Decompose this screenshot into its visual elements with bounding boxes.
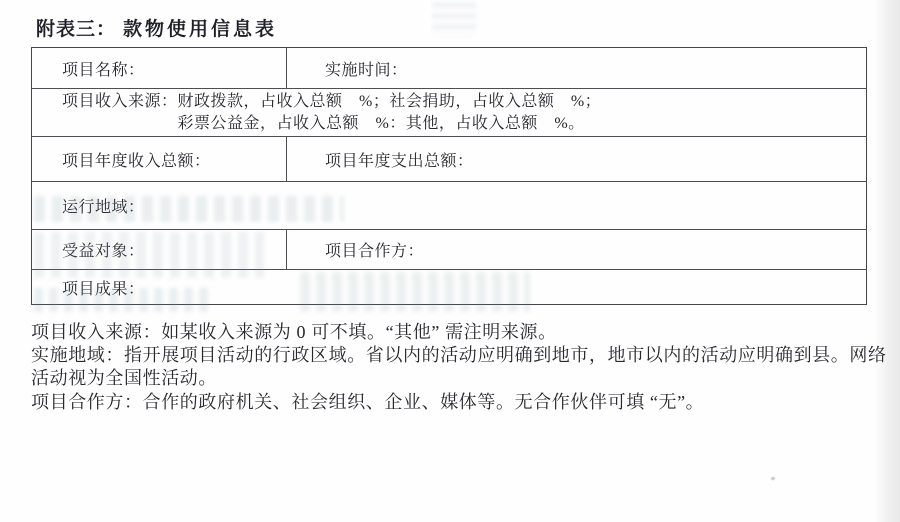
implementation-time-label: 实施时间：: [325, 57, 408, 80]
footnote-income-source: 项目收入来源：如某收入来源为 0 可不填。“其他” 需注明来源。: [31, 321, 881, 344]
cell-project-partner: 项目合作方：: [287, 230, 866, 269]
beneficiaries-label: 受益对象：: [62, 238, 145, 261]
income-source-line1: 财政拨款，占收入总额 %；社会捐助，占收入总额 %；: [178, 91, 602, 113]
table-row-annual-totals: 项目年度收入总额： 项目年度支出总额：: [32, 136, 866, 181]
cell-annual-expense: 项目年度支出总额：: [287, 137, 866, 181]
scan-edge-shadow: [874, 0, 900, 522]
income-source-label: 项目收入来源：: [62, 91, 178, 113]
table-row-project-results: 项目成果：: [32, 269, 866, 304]
cell-beneficiaries: 受益对象：: [32, 230, 287, 269]
cell-project-name: 项目名称：: [32, 48, 287, 88]
title-prefix: 附表三：: [36, 19, 116, 40]
cell-income-source: 项目收入来源： 财政拨款，占收入总额 %；社会捐助，占收入总额 %； 彩票公益金…: [32, 89, 866, 136]
table-row-beneficiaries: 受益对象： 项目合作方：: [32, 229, 866, 269]
table-row-operating-region: 运行地域：: [32, 181, 866, 229]
income-source-line2: 彩票公益金，占收入总额 %：其他，占收入总额 %。: [178, 113, 602, 135]
footnote-region-part2: 活动视为全国性活动。: [31, 367, 881, 390]
annual-expense-label: 项目年度支出总额：: [325, 148, 474, 171]
project-name-label: 项目名称：: [62, 57, 145, 80]
cell-project-results: 项目成果：: [32, 270, 866, 304]
cell-annual-income: 项目年度收入总额：: [32, 137, 287, 181]
bleed-through-artifact: [432, 2, 476, 36]
table-row-income-source: 项目收入来源： 财政拨款，占收入总额 %；社会捐助，占收入总额 %； 彩票公益金…: [32, 88, 866, 136]
cell-operating-region: 运行地域：: [32, 182, 866, 229]
footnotes: 项目收入来源：如某收入来源为 0 可不填。“其他” 需注明来源。 实施地域：指开…: [31, 321, 881, 414]
project-results-label: 项目成果：: [62, 276, 145, 299]
project-partner-label: 项目合作方：: [325, 238, 424, 261]
title-text: 款物使用信息表: [123, 19, 277, 40]
document-title: 附表三：款物使用信息表: [36, 14, 277, 41]
annual-income-label: 项目年度收入总额：: [62, 148, 211, 171]
document-page: 附表三：款物使用信息表 项目名称： 实施时间： 项目收入来源： 财政拨款，占收入…: [0, 0, 900, 522]
cell-implementation-time: 实施时间：: [287, 48, 866, 88]
info-table: 项目名称： 实施时间： 项目收入来源： 财政拨款，占收入总额 %；社会捐助，占收…: [31, 47, 867, 305]
operating-region-label: 运行地域：: [62, 194, 145, 217]
scan-speck-artifact: [771, 477, 775, 480]
footnote-partner: 项目合作方：合作的政府机关、社会组织、企业、媒体等。无合作伙伴可填 “无”。: [31, 391, 881, 414]
footnote-region-part1: 实施地域：指开展项目活动的行政区域。省以内的活动应明确到地市，地市以内的活动应明…: [31, 344, 881, 367]
table-row-project-name: 项目名称： 实施时间：: [32, 48, 866, 88]
